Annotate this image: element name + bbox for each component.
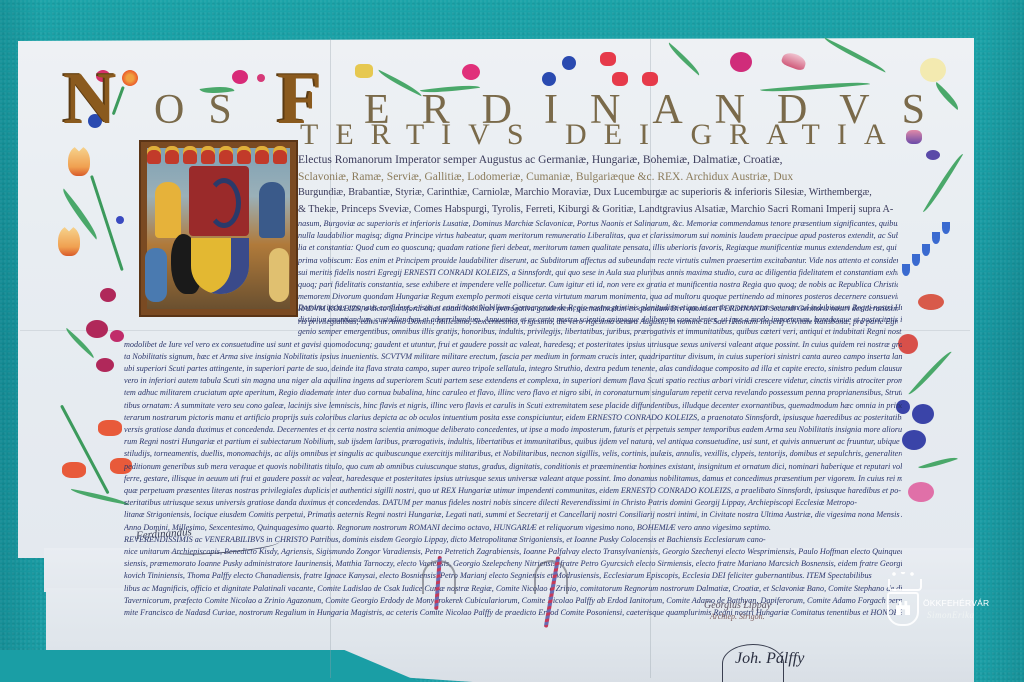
body-line: stiludijs, torneamentis, duellis, monoma… bbox=[124, 448, 902, 460]
pink-rose-icon bbox=[908, 482, 934, 502]
crown-icon bbox=[888, 579, 922, 591]
body-line: distinius anuntiandum, custodiendum et a… bbox=[124, 314, 902, 326]
magenta-flower-icon bbox=[96, 358, 114, 372]
body-line: Anno Domini, Millesimo, Sexcentesimo, Qu… bbox=[124, 522, 902, 534]
bellflower-icon bbox=[912, 254, 920, 266]
right-allegorical-figure bbox=[259, 182, 285, 238]
header-line: Burgundiæ, Brabantiæ, Styriæ, Carinthiæ,… bbox=[298, 185, 898, 202]
serpent-emblem-icon bbox=[207, 178, 241, 228]
body-line: prima vobiscum: Eos enim et Principem pr… bbox=[298, 255, 898, 267]
header-line: & Thekæ, Princeps Sveviæ, Comes Habspurg… bbox=[298, 202, 898, 219]
carnation-flower-icon bbox=[918, 294, 944, 310]
iris-petal-icon bbox=[926, 150, 940, 160]
illuminated-initial-n: N bbox=[62, 56, 115, 141]
castle-icon bbox=[896, 601, 910, 615]
body-line: mite Francisco de Nadasd Curiae, nostror… bbox=[124, 607, 902, 619]
bellflower-icon bbox=[902, 264, 910, 276]
magenta-flower-icon bbox=[86, 320, 108, 338]
body-line: siensis, præmemorato Ioanne Pusky admini… bbox=[124, 558, 902, 570]
tiger-lily-icon bbox=[98, 420, 122, 436]
castle-shield-icon bbox=[887, 592, 919, 626]
body-line: ferre, gestare, illisque in aeuum uti fr… bbox=[124, 473, 902, 485]
bellflower-icon bbox=[932, 232, 940, 244]
small-blue-flower-icon bbox=[116, 216, 124, 224]
left-angel-figure bbox=[145, 248, 167, 302]
body-line: vero in inferiori autem tabula Scuti sin… bbox=[124, 375, 902, 387]
body-line: nasum, Burgoviæ ac superioris et inferio… bbox=[298, 218, 898, 230]
tiger-lily-icon bbox=[62, 462, 86, 478]
body-line: versis gratiose danda duximus et concede… bbox=[124, 424, 902, 436]
magenta-flower-icon bbox=[110, 330, 124, 342]
body-line: rum Regni nostri Hungariæ et partium ei … bbox=[124, 436, 902, 448]
body-line: ta Nobilitatis signum, hæc et Arma sive … bbox=[124, 351, 902, 363]
coat-of-arms-miniature bbox=[139, 140, 298, 317]
body-line: modolibet de Iure vel vero ex consuetudi… bbox=[124, 339, 902, 351]
header-line: Electus Romanorum Imperator semper Augus… bbox=[298, 152, 898, 169]
bellflower-icon bbox=[942, 222, 950, 234]
document-body-text: Domino ipsius emanatis confidere, e isti… bbox=[124, 302, 902, 619]
title-letters-os: OS bbox=[154, 86, 256, 134]
photo-watermark: ÖKKFEHÉRVÁR SimonErika bbox=[880, 575, 990, 631]
body-line: sui meritis fidelis nostri Egregij ERNES… bbox=[298, 267, 898, 279]
body-line: tibus ornatam: A summitate vero seu cono… bbox=[124, 400, 902, 412]
body-line: kovich Tininiensis, Thoma Palffy electo … bbox=[124, 570, 902, 582]
body-line: ubi superiori Scuti partes attingente, i… bbox=[124, 363, 902, 375]
body-line: nulla laudabilior magisq; digna Principe… bbox=[298, 230, 898, 242]
blue-flower-icon bbox=[912, 404, 934, 424]
crowned-shields-row bbox=[147, 146, 287, 168]
body-line: Tavernicorum, præfecto Comite Nicolao a … bbox=[124, 595, 902, 607]
body-line: tem adhuc militarem cruciatum apte aperi… bbox=[124, 387, 902, 399]
body-line: steritatibus utriusque sexus universis g… bbox=[124, 497, 902, 509]
chancellor-signature: Georgius Lippay bbox=[704, 600, 771, 611]
body-line: libus ac Magnificis, officio et dignitat… bbox=[124, 583, 902, 595]
body-line: peditionum generibus sub mera veraque et… bbox=[124, 461, 902, 473]
body-line: lia et constantia: Quod cum eo quoscunq;… bbox=[298, 242, 898, 254]
body-line: litanæ Strigoniensis, locique eiusdem Co… bbox=[124, 509, 902, 521]
heraldic-shield-icon bbox=[191, 238, 249, 294]
magenta-flower-icon bbox=[100, 288, 116, 302]
body-line: genio semper emergentibus, omnibus illis… bbox=[124, 326, 902, 338]
chancellor-signature-title: Archiep. Strigon. bbox=[710, 612, 765, 621]
bellflower-icon bbox=[922, 244, 930, 256]
header-line: Sclavoniæ, Ramæ, Serviæ, Gallitiæ, Lodom… bbox=[298, 169, 898, 186]
body-line: Domino ipsius emanatis confidere, e isti… bbox=[124, 302, 902, 314]
blue-flower-icon bbox=[902, 430, 926, 450]
body-line: terarum nostrarum pictoris manu et artif… bbox=[124, 412, 902, 424]
pale-rose-icon bbox=[920, 58, 946, 82]
watermark-title: ÖKKFEHÉRVÁR bbox=[923, 598, 989, 608]
left-allegorical-figure bbox=[155, 182, 181, 238]
watermark-author: SimonErika bbox=[927, 610, 975, 620]
body-line: quoq; pari fidelitatis constantia, sese … bbox=[298, 279, 898, 291]
secretary-signature: Joh. Pálffy bbox=[735, 650, 804, 668]
body-line: quæ perpetuam præsentes literas nostras … bbox=[124, 485, 902, 497]
title-subline: TERTIVS DEI GRATIA bbox=[300, 118, 903, 152]
right-angel-figure bbox=[269, 248, 289, 302]
